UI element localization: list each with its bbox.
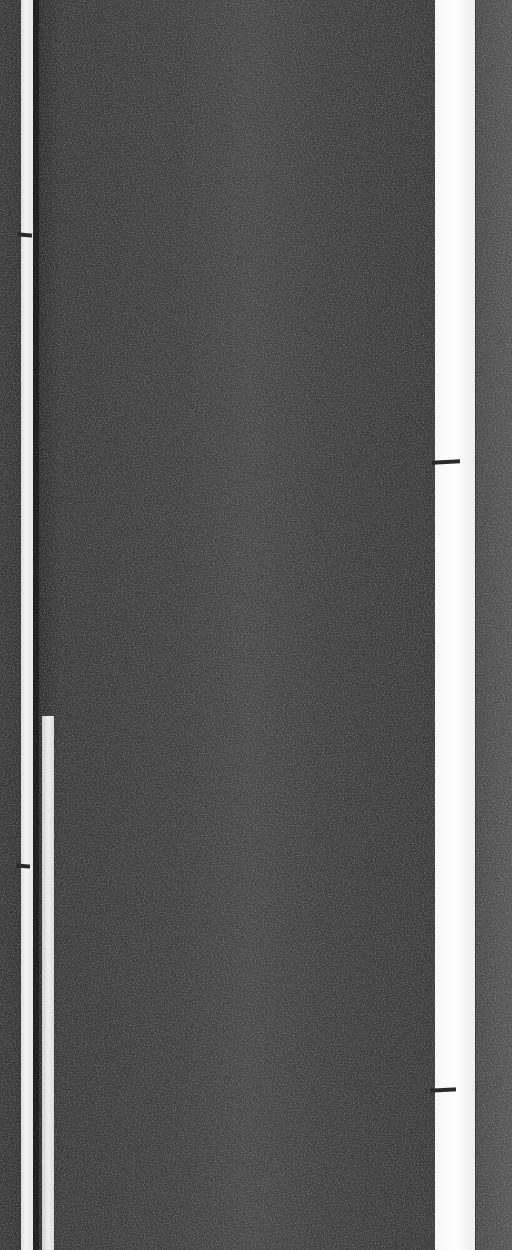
left-lane-line: [21, 0, 33, 1250]
road-photo: [0, 0, 512, 1250]
left-edge-shadow: [33, 0, 39, 1250]
right-lane-line: [435, 0, 475, 1250]
left-inner-lane-line: [42, 716, 54, 1250]
